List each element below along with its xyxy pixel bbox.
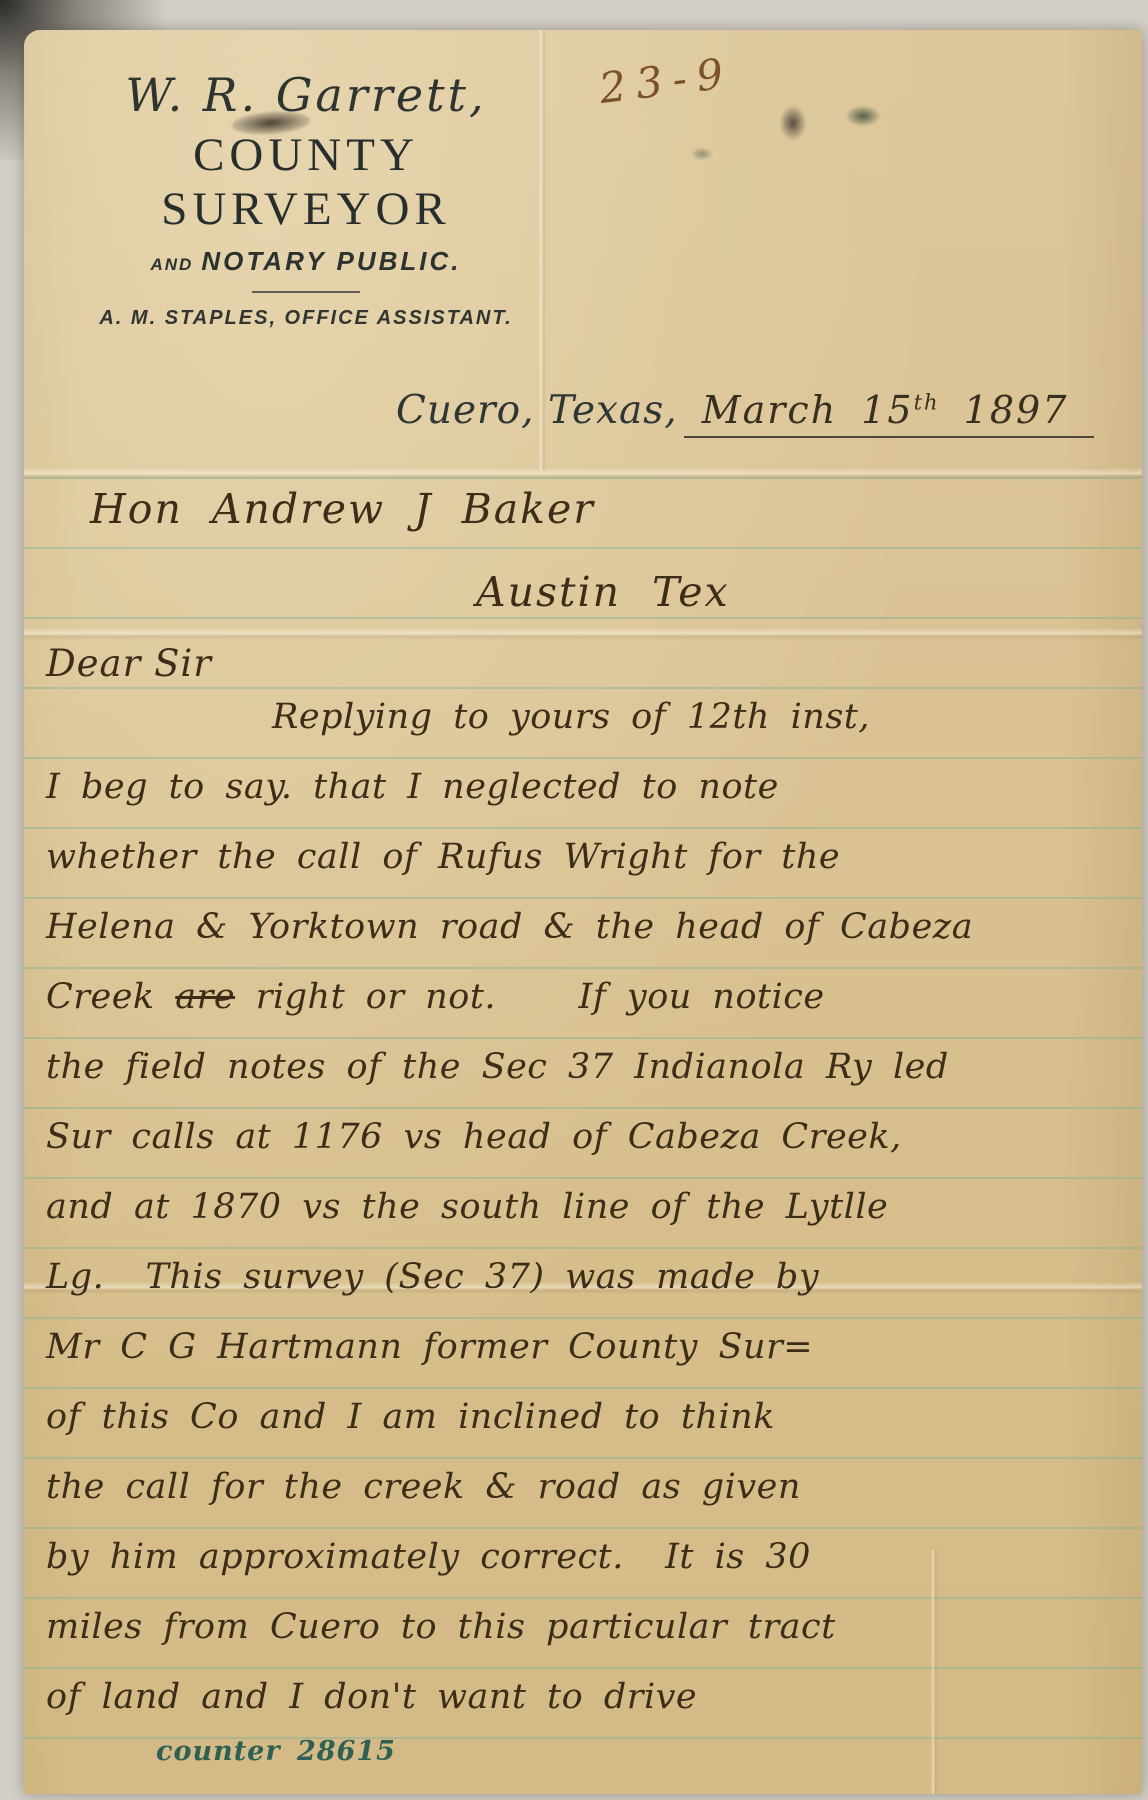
counter-number: counter 28615 [156, 1736, 396, 1767]
ink-blot-center [780, 106, 806, 140]
line-text: Creek [46, 977, 175, 1017]
letterhead-divider [252, 291, 360, 293]
letterhead-assistant: A. M. STAPLES, OFFICE ASSISTANT. [50, 307, 562, 330]
salutation: Dear Sir [46, 642, 212, 685]
handwritten-line: the call for the creek & road as given [46, 1452, 1130, 1522]
handwritten-line: by him approximately correct. It is 30 [46, 1522, 1130, 1592]
letterhead-title: COUNTY SURVEYOR [50, 128, 562, 236]
letter-body: Replying to yours of 12th inst,I beg to … [46, 682, 1130, 1732]
dateline-date-handwritten: March 15th 1897 [684, 388, 1095, 438]
handwritten-line: of land and I don't want to drive [46, 1662, 1130, 1732]
handwritten-line: Helena & Yorktown road & the head of Cab… [46, 892, 1130, 962]
letterhead-subtitle-and: AND [151, 255, 194, 274]
handwritten-line: Sur calls at 1176 vs head of Cabeza Cree… [46, 1102, 1130, 1172]
recipient-city: Austin Tex [476, 568, 730, 616]
recipient-name: Hon Andrew J Baker [90, 485, 595, 533]
dateline: Cuero, Texas,March 15th 1897 [396, 388, 1094, 433]
letterhead-name: W. R. Garrett, [50, 68, 562, 122]
struck-word: are [175, 977, 235, 1017]
handwritten-line: whether the call of Rufus Wright for the [46, 822, 1130, 892]
green-stain-right [846, 106, 880, 126]
date-ordinal-suffix: th [914, 390, 940, 414]
handwritten-line: Mr C G Hartmann former County Sur= [46, 1312, 1130, 1382]
handwritten-line: of this Co and I am inclined to think [46, 1382, 1130, 1452]
handwritten-line: the field notes of the Sec 37 Indianola … [46, 1032, 1130, 1102]
date-day: March 15 [702, 388, 914, 432]
handwritten-line: miles from Cuero to this particular trac… [46, 1592, 1130, 1662]
letterhead-subtitle: ANDNOTARY PUBLIC. [50, 246, 562, 277]
letter-paper: W. R. Garrett, COUNTY SURVEYOR ANDNOTARY… [24, 30, 1142, 1794]
letterhead-subtitle-main: NOTARY PUBLIC. [201, 246, 461, 276]
handwritten-line: Replying to yours of 12th inst, [46, 682, 1130, 752]
small-smudge [692, 148, 712, 160]
dateline-place-printed: Cuero, Texas, [396, 388, 678, 433]
handwritten-line: I beg to say. that I neglected to note [46, 752, 1130, 822]
handwritten-line: Creek are right or not. If you notice [46, 962, 1130, 1032]
line-text: right or not. If you notice [235, 977, 825, 1017]
handwritten-line: and at 1870 vs the south line of the Lyt… [46, 1172, 1130, 1242]
letterhead: W. R. Garrett, COUNTY SURVEYOR ANDNOTARY… [50, 68, 562, 330]
date-year: 1897 [964, 388, 1069, 432]
handwritten-line: Lg. This survey (Sec 37) was made by [46, 1242, 1130, 1312]
archival-page-number: 23-9 [597, 48, 736, 113]
